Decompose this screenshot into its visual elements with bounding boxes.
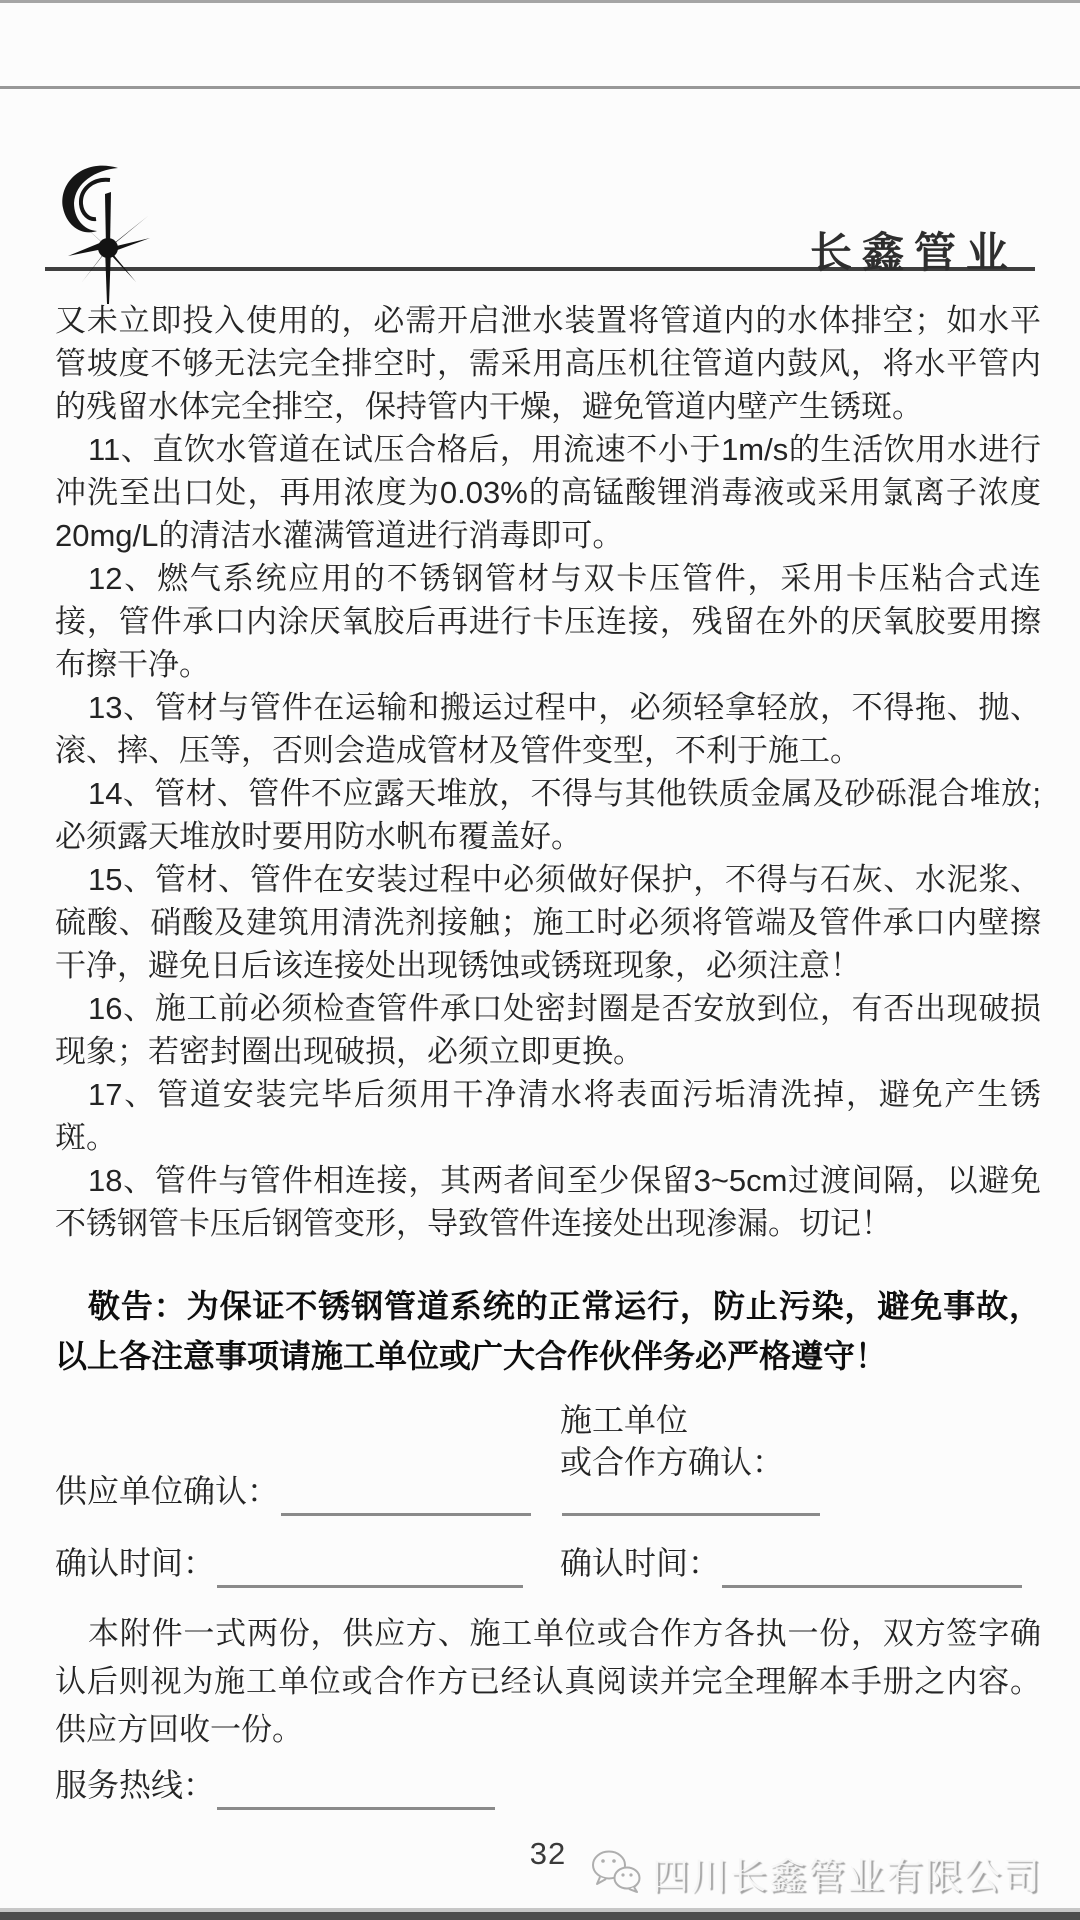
supplier-confirm-signature-line [281, 1483, 531, 1516]
warning-notice: 敬告：为保证不锈钢管道系统的正常运行，防止污染，避免事故，以上各注意事项请施工单… [55, 1281, 1041, 1381]
list-item-12: 12、燃气系统应用的不锈钢管材与双卡压管件，采用卡压粘合式连接，管件承口内涂厌氧… [55, 557, 1041, 686]
header-top-separator [0, 86, 1080, 89]
confirm-time-left-label: 确认时间： [55, 1545, 215, 1581]
service-hotline-line [217, 1777, 495, 1810]
document-page: 长鑫管业 又未立即投入使用的，必需开启泄水装置将管道内的水体排空；如水平管坡度不… [0, 0, 1080, 1920]
company-brand-title: 长鑫管业 [810, 220, 1018, 280]
confirm-time-left-line [217, 1555, 523, 1588]
signature-row-confirm: 供应单位确认： 施工单位 或合作方确认： [55, 1399, 1041, 1516]
supplier-confirm-cell: 供应单位确认： [55, 1470, 560, 1516]
list-item-13: 13、管材与管件在运输和搬运过程中，必须轻拿轻放，不得拖、抛、滚、摔、压等，否则… [55, 686, 1041, 772]
closing-paragraph: 本附件一式两份，供应方、施工单位或合作方各执一份，双方签字确认后则视为施工单位或… [55, 1610, 1041, 1754]
wechat-icon [590, 1848, 642, 1899]
list-item-16: 16、施工前必须检查管件承口处密封圈是否安放到位，有否出现破损现象；若密封圈出现… [55, 987, 1041, 1073]
confirm-time-left-cell: 确认时间： [55, 1542, 560, 1588]
list-item-18: 18、管件与管件相连接，其两者间至少保留3~5cm过渡间隔，以避免不锈钢管卡压后… [55, 1159, 1041, 1245]
footer-company-name: 四川长鑫管业有限公司 [652, 1846, 1042, 1900]
paragraph-continuation: 又未立即投入使用的，必需开启泄水装置将管道内的水体排空；如水平管坡度不够无法完全… [55, 299, 1041, 428]
contractor-confirm-cell: 施工单位 或合作方确认： [560, 1399, 1041, 1516]
list-item-15: 15、管材、管件在安装过程中必须做好保护，不得与石灰、水泥浆、硫酸、硝酸及建筑用… [55, 858, 1041, 987]
service-hotline-label: 服务热线： [55, 1767, 215, 1803]
contractor-confirm-signature-line [562, 1483, 820, 1516]
signature-block: 供应单位确认： 施工单位 或合作方确认： 确认时间： 确认时间： [55, 1399, 1041, 1588]
confirm-time-right-cell: 确认时间： [560, 1542, 1041, 1588]
comet-star-logo-icon [50, 156, 154, 313]
signature-row-time: 确认时间： 确认时间： [55, 1542, 1041, 1588]
contractor-label-line1: 施工单位 [560, 1399, 1041, 1441]
footer-watermark: 四川长鑫管业有限公司 [590, 1846, 1042, 1900]
list-item-17: 17、管道安装完毕后须用干净清水将表面污垢清洗掉，避免产生锈斑。 [55, 1073, 1041, 1159]
list-item-14: 14、管材、管件不应露天堆放，不得与其他铁质金属及砂砾混合堆放;必须露天堆放时要… [55, 772, 1041, 858]
service-hotline-row: 服务热线： [55, 1762, 1041, 1810]
bottom-bar [0, 1912, 1080, 1920]
list-item-11: 11、直饮水管道在试压合格后，用流速不小于1m/s的生活饮用水进行冲洗至出口处，… [55, 428, 1041, 557]
contractor-label-line2: 或合作方确认： [560, 1444, 784, 1480]
confirm-time-right-line [722, 1555, 1022, 1588]
supplier-confirm-label: 供应单位确认： [55, 1473, 279, 1509]
confirm-time-right-label: 确认时间： [560, 1545, 720, 1581]
top-border-line [0, 0, 1080, 3]
document-body: 又未立即投入使用的，必需开启泄水装置将管道内的水体排空；如水平管坡度不够无法完全… [55, 299, 1041, 1872]
